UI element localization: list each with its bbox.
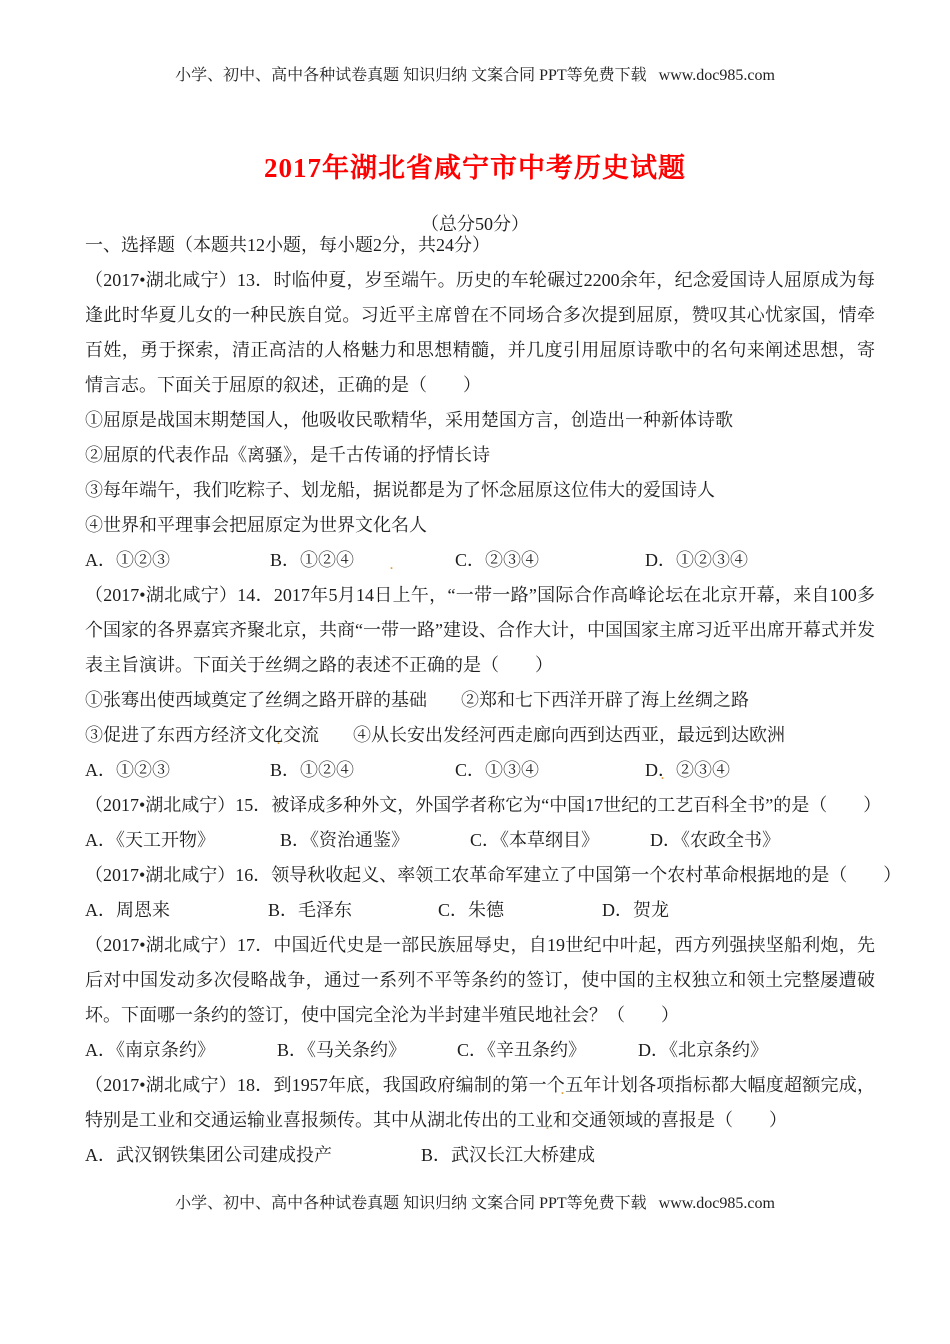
option-c: C．朱德 bbox=[438, 893, 602, 928]
question-14: （2017•湖北咸宁）14．2017年5月14日上午，“一带一路”国际合作高峰论… bbox=[85, 578, 875, 788]
option-a: A．①②③ bbox=[85, 753, 270, 788]
page-footer-text: 小学、初中、高中各种试卷真题 知识归纳 文案合同 PPT等免费下载 www.do… bbox=[0, 1190, 950, 1213]
question-16: （2017•湖北咸宁）16．领导秋收起义、率领工农革命军建立了中国第一个农村革命… bbox=[85, 858, 875, 928]
list-item: ③每年端午，我们吃粽子、划龙船，据说都是为了怀念屈原这位伟大的爱国诗人 bbox=[85, 473, 875, 508]
list-item: ④从长安出发经河西走廊向西到达西亚，最远到达欧洲 bbox=[353, 725, 785, 745]
option-b: B．毛泽东 bbox=[268, 893, 438, 928]
question-body: （2017•湖北咸宁）16．领导秋收起义、率领工农革命军建立了中国第一个农村革命… bbox=[85, 858, 875, 893]
question-15: （2017•湖北咸宁）15．被译成多种外文，外国学者称它为“中国17世纪的工艺百… bbox=[85, 788, 875, 858]
option-b: B．《资治通鉴》 bbox=[280, 823, 470, 858]
options-row: A．①②③B．①②④C．①③④D．②③④ bbox=[85, 753, 875, 788]
stray-ink-dot: . bbox=[277, 734, 283, 746]
option-a: A．周恩来 bbox=[85, 893, 268, 928]
option-b: B．武汉长江大桥建成 bbox=[421, 1138, 595, 1173]
document-title: 2017年湖北省咸宁市中考历史试题 bbox=[0, 146, 950, 185]
question-13: （2017•湖北咸宁）13．时临仲夏，岁至端午。历史的车轮碾过2200余年，纪念… bbox=[85, 263, 875, 578]
options-row: A．《南京条约》B．《马关条约》C．《辛丑条约》D．《北京条约》 bbox=[85, 1033, 875, 1068]
section-heading: 一、选择题（本题共12小题，每小题2分，共24分） bbox=[85, 228, 875, 263]
options-row: A．武汉钢铁集团公司建成投产B．武汉长江大桥建成 bbox=[85, 1138, 875, 1173]
stray-ink-dot: . bbox=[561, 1084, 567, 1096]
question-body: （2017•湖北咸宁）17．中国近代史是一部民族屈辱史，自19世纪中叶起，西方列… bbox=[85, 928, 875, 1033]
option-a: A．《南京条约》 bbox=[85, 1033, 277, 1068]
options-row: A．《天工开物》B．《资治通鉴》C．《本草纲目》D．《农政全书》 bbox=[85, 823, 875, 858]
option-d: D．②③④ bbox=[645, 753, 730, 788]
question-17: （2017•湖北咸宁）17．中国近代史是一部民族屈辱史，自19世纪中叶起，西方列… bbox=[85, 928, 875, 1068]
option-a: A．《天工开物》 bbox=[85, 823, 280, 858]
question-18: （2017•湖北咸宁）18．到1957年底，我国政府编制的第一个五年计划各项指标… bbox=[85, 1068, 875, 1173]
option-d: D．贺龙 bbox=[602, 893, 669, 928]
question-body: （2017•湖北咸宁）13．时临仲夏，岁至端午。历史的车轮碾过2200余年，纪念… bbox=[85, 263, 875, 403]
option-c: C．《本草纲目》 bbox=[470, 823, 650, 858]
option-a: A．武汉钢铁集团公司建成投产 bbox=[85, 1138, 421, 1173]
list-item-row: ③促进了东西方经济文化交流④从长安出发经河西走廊向西到达西亚，最远到达欧洲 bbox=[85, 718, 875, 753]
list-item: ①屈原是战国末期楚国人，他吸收民歌精华，采用楚国方言，创造出一种新体诗歌 bbox=[85, 403, 875, 438]
option-d: D．《农政全书》 bbox=[650, 823, 780, 858]
list-item: ②屈原的代表作品《离骚》，是千古传诵的抒情长诗 bbox=[85, 438, 875, 473]
option-b: B．《马关条约》 bbox=[277, 1033, 457, 1068]
option-b: B．①②④ bbox=[270, 543, 455, 578]
list-item: ①张骞出使西域奠定了丝绸之路开辟的基础 bbox=[85, 683, 427, 718]
question-body: （2017•湖北咸宁）18．到1957年底，我国政府编制的第一个五年计划各项指标… bbox=[85, 1068, 875, 1138]
option-d: D．①②③④ bbox=[645, 543, 748, 578]
option-a: A．①②③ bbox=[85, 543, 270, 578]
option-c: C．②③④ bbox=[455, 543, 645, 578]
options-row: A．周恩来B．毛泽东C．朱德D．贺龙 bbox=[85, 893, 875, 928]
option-c: C．①③④ bbox=[455, 753, 645, 788]
question-body: （2017•湖北咸宁）14．2017年5月14日上午，“一带一路”国际合作高峰论… bbox=[85, 578, 875, 683]
exam-content: 一、选择题（本题共12小题，每小题2分，共24分） （2017•湖北咸宁）13．… bbox=[85, 228, 875, 1173]
list-item: ②郑和七下西洋开辟了海上丝绸之路 bbox=[461, 690, 749, 710]
option-c: C．《辛丑条约》 bbox=[457, 1033, 638, 1068]
option-b: B．①②④ bbox=[270, 753, 455, 788]
option-d: D．《北京条约》 bbox=[638, 1033, 768, 1068]
stray-ink-dot: . bbox=[546, 1119, 552, 1131]
list-item: ③促进了东西方经济文化交流 bbox=[85, 718, 319, 753]
page-header-text: 小学、初中、高中各种试卷真题 知识归纳 文案合同 PPT等免费下载 www.do… bbox=[0, 62, 950, 85]
list-item: ④世界和平理事会把屈原定为世界文化名人 bbox=[85, 508, 875, 543]
options-row: A．①②③B．①②④C．②③④D．①②③④ bbox=[85, 543, 875, 578]
question-body: （2017•湖北咸宁）15．被译成多种外文，外国学者称它为“中国17世纪的工艺百… bbox=[85, 788, 875, 823]
list-item-row: ①张骞出使西域奠定了丝绸之路开辟的基础②郑和七下西洋开辟了海上丝绸之路 bbox=[85, 683, 875, 718]
stray-ink-dot: . bbox=[390, 559, 396, 571]
stray-ink-dot: . bbox=[661, 769, 667, 781]
exam-document-page: 小学、初中、高中各种试卷真题 知识归纳 文案合同 PPT等免费下载 www.do… bbox=[0, 0, 950, 1344]
